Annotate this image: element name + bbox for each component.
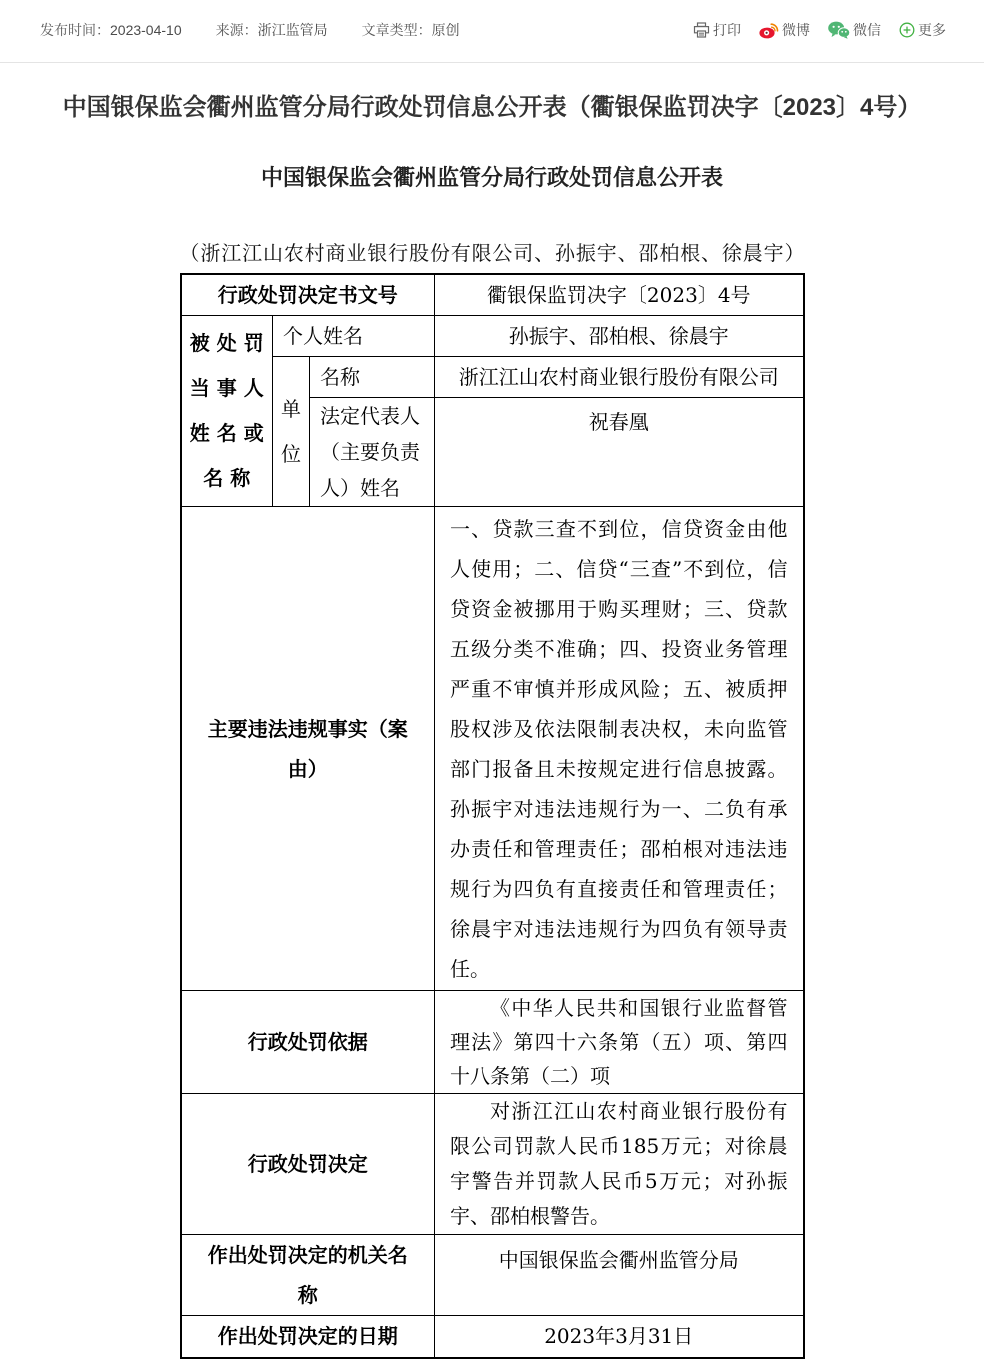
article-source-label: 来源： [216, 22, 258, 38]
article-type-value: 原创 [432, 22, 460, 38]
penalized-parties-note: （浙江江山农村商业银行股份有限公司、孙振宇、邵柏根、徐晨宇） [180, 239, 805, 267]
article-type-label: 文章类型： [362, 22, 432, 38]
weibo-icon [759, 21, 779, 39]
weibo-share-button[interactable]: 微博 [759, 20, 810, 40]
table-row-authority: 作出处罚决定的机关名称 中国银保监会衢州监管分局 [181, 1235, 804, 1316]
print-label: 打印 [713, 20, 741, 40]
basis-label: 行政处罚依据 [181, 991, 435, 1094]
decision-value: 对浙江江山农村商业银行股份有限公司罚款人民币185万元；对徐晨宇警告并罚款人民币… [435, 1094, 804, 1235]
document-title: 中国银保监会衢州监管分局行政处罚信息公开表 [0, 163, 984, 193]
authority-value: 中国银保监会衢州监管分局 [435, 1235, 804, 1316]
org-name-value: 浙江江山农村商业银行股份有限公司 [435, 357, 804, 398]
page-title: 中国银保监会衢州监管分局行政处罚信息公开表（衢银保监罚决字〔2023〕4号） [10, 91, 974, 125]
penalty-table: 行政处罚决定书文号 衢银保监罚决字〔2023〕4号 被 处 罚 当 事 人 姓 … [180, 273, 805, 1359]
wechat-icon [828, 21, 850, 39]
party-group-label: 被 处 罚 当 事 人 姓 名 或 名 称 [181, 316, 273, 507]
wechat-label: 微信 [853, 20, 881, 40]
print-button[interactable]: 打印 [693, 20, 741, 40]
plus-circle-icon [899, 22, 915, 38]
publish-time-value: 2023-04-10 [110, 22, 182, 38]
authority-label: 作出处罚决定的机关名称 [181, 1235, 435, 1316]
date-label: 作出处罚决定的日期 [181, 1316, 435, 1358]
more-label: 更多 [918, 20, 946, 40]
document-body: （浙江江山农村商业银行股份有限公司、孙振宇、邵柏根、徐晨宇） 行政处罚决定书文号… [180, 239, 805, 1359]
doc-no-value: 衢银保监罚决字〔2023〕4号 [435, 274, 804, 316]
table-row-decision: 行政处罚决定 对浙江江山农村商业银行股份有限公司罚款人民币185万元；对徐晨宇警… [181, 1094, 804, 1235]
table-row-date: 作出处罚决定的日期 2023年3月31日 [181, 1316, 804, 1358]
facts-label: 主要违法违规事实（案由） [181, 507, 435, 991]
article-meta-bar: 发布时间：2023-04-10 来源：浙江监管局 文章类型：原创 打印 [0, 0, 984, 63]
facts-value: 一、贷款三查不到位，信贷资金由他人使用；二、信贷“三查”不到位，信贷资金被挪用于… [435, 507, 804, 991]
table-row-doc-no: 行政处罚决定书文号 衢银保监罚决字〔2023〕4号 [181, 274, 804, 316]
org-label: 单位 [273, 357, 310, 507]
person-name-value: 孙振宇、邵柏根、徐晨宇 [435, 316, 804, 357]
weibo-label: 微博 [782, 20, 810, 40]
table-row-basis: 行政处罚依据 《中华人民共和国银行业监督管理法》第四十六条第（五）项、第四十八条… [181, 991, 804, 1094]
printer-icon [693, 22, 710, 38]
table-row-facts: 主要违法违规事实（案由） 一、贷款三查不到位，信贷资金由他人使用；二、信贷“三查… [181, 507, 804, 991]
basis-value: 《中华人民共和国银行业监督管理法》第四十六条第（五）项、第四十八条第（二）项 [435, 991, 804, 1094]
publish-time-label: 发布时间： [40, 22, 110, 38]
legal-rep-label: 法定代表人（主要负责人）姓名 [310, 398, 435, 507]
article-source: 来源：浙江监管局 [216, 11, 328, 49]
wechat-share-button[interactable]: 微信 [828, 20, 881, 40]
article-type: 文章类型：原创 [362, 11, 460, 49]
publish-time: 发布时间：2023-04-10 [40, 11, 182, 49]
table-row-org-name: 单位 名称 浙江江山农村商业银行股份有限公司 [181, 357, 804, 398]
share-actions: 打印 微博 [693, 20, 946, 40]
more-share-button[interactable]: 更多 [899, 20, 946, 40]
doc-no-label: 行政处罚决定书文号 [181, 274, 435, 316]
person-name-label: 个人姓名 [273, 316, 435, 357]
article-meta: 发布时间：2023-04-10 来源：浙江监管局 文章类型：原创 [40, 11, 460, 49]
table-row-person: 被 处 罚 当 事 人 姓 名 或 名 称 个人姓名 孙振宇、邵柏根、徐晨宇 [181, 316, 804, 357]
article-source-value: 浙江监管局 [258, 22, 328, 38]
date-value: 2023年3月31日 [435, 1316, 804, 1358]
decision-label: 行政处罚决定 [181, 1094, 435, 1235]
legal-rep-value: 祝春凰 [435, 398, 804, 507]
org-name-label: 名称 [310, 357, 435, 398]
